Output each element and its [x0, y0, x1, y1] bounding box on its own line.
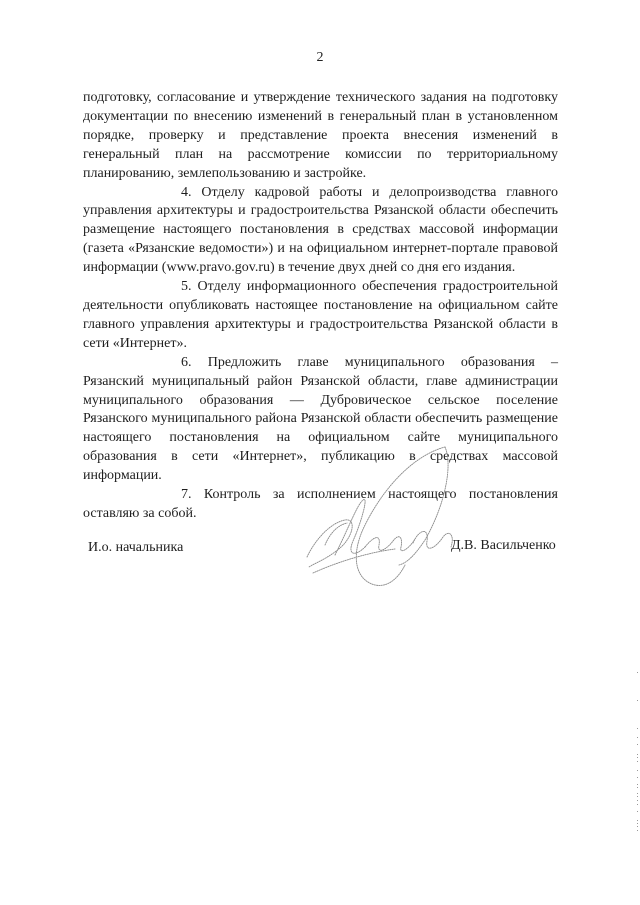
- scan-edge-marks: [637, 670, 639, 830]
- paragraph-text: подготовку, согласование и утверждение т…: [83, 90, 558, 181]
- signatory-name: Д.В. Васильченко: [451, 538, 556, 554]
- paragraph-number: 4.: [132, 184, 192, 203]
- signature-block: И.о. начальника Д.В. Васильченко: [0, 536, 640, 576]
- paragraph-continuation: подготовку, согласование и утверждение т…: [83, 89, 558, 184]
- document-page: 2 подготовку, согласование и утверждение…: [0, 0, 640, 905]
- paragraph-number: 6.: [132, 354, 192, 373]
- paragraph-item-5: 5. Отделу информационного обеспечения гр…: [83, 278, 558, 354]
- paragraph-item-4: 4. Отделу кадровой работы и делопроизвод…: [83, 184, 558, 279]
- paragraph-number: 5.: [132, 278, 192, 297]
- paragraph-number: 7.: [132, 486, 192, 505]
- page-number: 2: [0, 50, 640, 66]
- signatory-title: И.о. начальника: [88, 540, 183, 556]
